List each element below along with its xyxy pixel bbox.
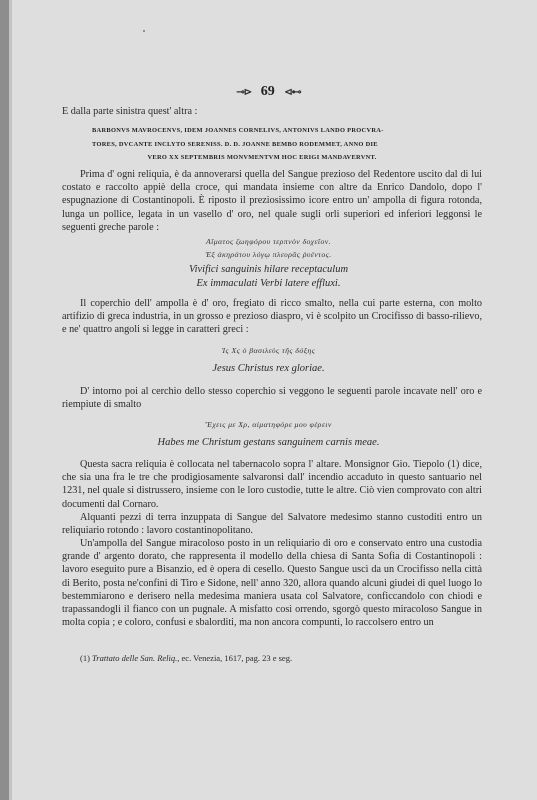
footnote-citation: ec. Venezia, 1617, pag. 23 e seg. — [182, 653, 293, 663]
paragraph-6: Un'ampolla del Sangue miracoloso posto i… — [62, 537, 482, 629]
ornament-left-icon: ⊸⊳ — [236, 87, 251, 98]
scanned-page: ⊸⊳ 69 ⊲⊷ E dalla parte sinistra quest' a… — [0, 0, 537, 800]
latin-quote-1-line-1: Vivifici sanguinis hilare receptaculum — [0, 264, 537, 275]
greek-quote-1-line-1: Αἵματος ζωηφόρου τερπνὸν δοχεῖον. — [0, 237, 537, 246]
inscription-line-1: BARBONVS MAVROCENVS, IDEM JOANNES CORNEL… — [92, 124, 432, 138]
greek-quote-3: Ἔχεις με Χρ, αἱματηφόρε μου φέρειν — [0, 420, 537, 429]
latin-quote-3: Habes me Christum gestans sanguinem carn… — [0, 437, 537, 448]
latin-quote-1-line-2: Ex immaculati Verbi latere effluxi. — [0, 278, 537, 289]
page-number: 69 — [261, 84, 275, 99]
footnote-title: Trattato delle San. Reliq., — [92, 653, 179, 663]
ornament-right-icon: ⊲⊷ — [284, 87, 300, 98]
intro-line: E dalla parte sinistra quest' altra : — [62, 105, 482, 118]
paragraph-5: Alquanti pezzi di terra inzuppata di San… — [62, 511, 482, 537]
paragraph-1: Prima d' ogni reliquia, è da annoverarsi… — [62, 168, 482, 234]
paper-speck — [143, 30, 145, 32]
greek-quote-2: Ἰς Χς ὁ βασιλεὺς τῆς δόξης — [0, 346, 537, 355]
footnote-marker: (1) — [80, 653, 90, 663]
paragraph-3: D' intorno poi al cerchio dello stesso c… — [62, 385, 482, 411]
greek-quote-1-line-2: Ἐξ ἀκηράτου λόγῳ πλευρᾶς ῥυέντος. — [0, 250, 537, 259]
footnote: (1) Trattato delle San. Reliq., ec. Vene… — [80, 653, 292, 663]
latin-inscription: BARBONVS MAVROCENVS, IDEM JOANNES CORNEL… — [92, 124, 432, 165]
inscription-line-3: VERO XX SEPTEMBRIS MONVMENTVM HOC ERIGI … — [92, 151, 432, 165]
inscription-line-2: TORES, DVCANTE INCLYTO SERENISS. D. D. J… — [92, 138, 432, 152]
paragraph-4: Questa sacra reliquia è collocata nel ta… — [62, 458, 482, 511]
page-number-header: ⊸⊳ 69 ⊲⊷ — [0, 84, 537, 100]
latin-quote-2: Jesus Christus rex gloriae. — [0, 363, 537, 374]
paragraph-2: Il coperchio dell' ampolla è d' oro, fre… — [62, 297, 482, 337]
